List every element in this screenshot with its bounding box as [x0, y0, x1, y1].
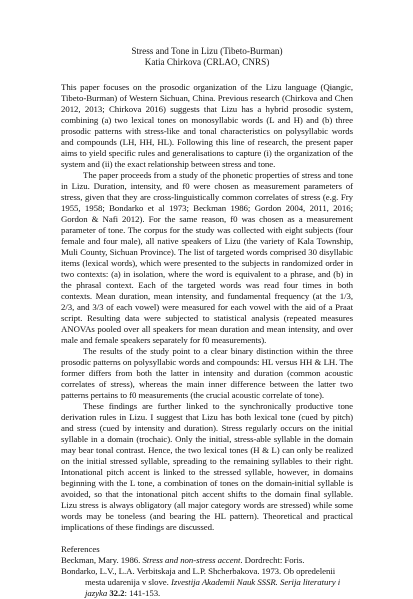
paper-title: Stress and Tone in Lizu (Tibeto-Burman) — [61, 46, 353, 57]
references-section: References Beckman, Mary. 1986. Stress a… — [61, 544, 353, 585]
abstract-paragraph-1: This paper focuses on the prosodic organ… — [61, 82, 353, 170]
reference-1-text: Beckman, Mary. 1986. — [61, 555, 142, 565]
reference-entry-2: Bondarko, L.V., L.A. Verbitskaja and L.P… — [61, 566, 353, 585]
abstract-paragraph-2: The paper proceeds from a study of the p… — [61, 170, 353, 346]
abstract-paragraph-4: These findings are further linked to the… — [61, 401, 353, 533]
abstract-body: This paper focuses on the prosodic organ… — [61, 82, 353, 533]
reference-1-title-italic: Stress and non-stress accent — [142, 555, 240, 565]
paper-author: Katia Chirkova (CRLAO, CNRS) — [61, 57, 353, 68]
references-heading: References — [61, 544, 353, 555]
reference-1-tail: . Dordrecht: Foris. — [240, 555, 304, 565]
abstract-page: Stress and Tone in Lizu (Tibeto-Burman) … — [61, 46, 353, 585]
title-block: Stress and Tone in Lizu (Tibeto-Burman) … — [61, 46, 353, 68]
reference-entry-1: Beckman, Mary. 1986. Stress and non-stre… — [61, 555, 353, 566]
abstract-paragraph-3: The results of the study point to a clea… — [61, 346, 353, 401]
